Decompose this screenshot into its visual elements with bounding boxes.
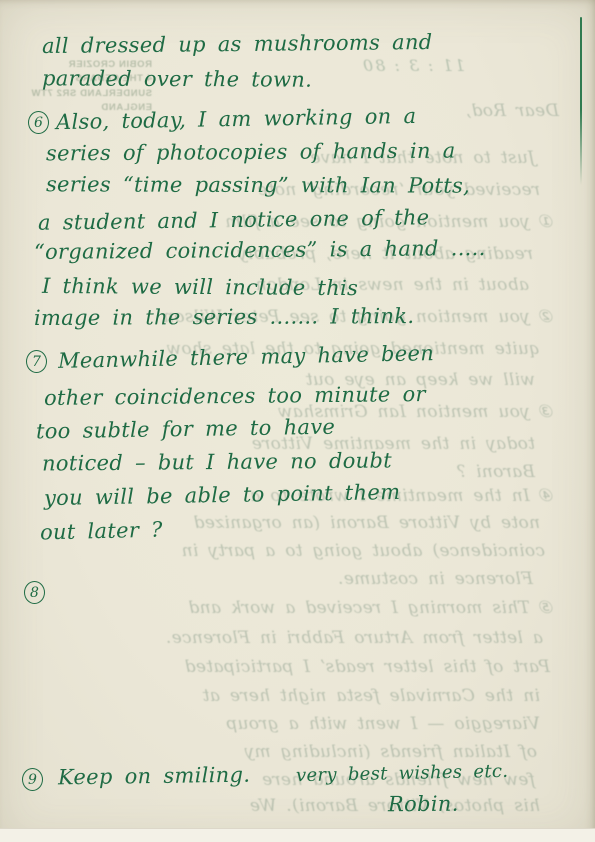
letter-line: series of photocopies of hands in a xyxy=(46,139,456,166)
letter-line: “organized coincidences” is a hand ..... xyxy=(34,236,486,264)
letter-line: Keep on smiling. xyxy=(58,763,251,790)
bleedthrough-line: in the Carnivale festa night here at xyxy=(202,686,540,706)
letter-line: I think we will include this xyxy=(42,274,358,300)
letter-line: other coincidences too minute or xyxy=(44,382,426,410)
letter-line: Meanwhile there may have been xyxy=(58,341,434,373)
bleedthrough-line: Viareggio — I went with a group xyxy=(226,714,540,734)
bleedthrough-line: note by Vittore Baroni (an organized xyxy=(193,513,540,533)
bleedthrough-line: Part of this letter reads’ I participate… xyxy=(184,657,550,677)
bleedthrough-line: ⑤ This morning I received a work and xyxy=(188,598,555,618)
letter-line: too subtle for me to have xyxy=(36,415,335,444)
letter-line: noticed – but I have no doubt xyxy=(42,448,392,475)
bleedthrough-line: of Italian friends (including my xyxy=(244,742,537,762)
bleedthrough-line: Baroni ? xyxy=(457,462,535,482)
letter-line: paraded over the town. xyxy=(42,66,312,91)
letter-line: all dressed up as mushrooms and xyxy=(42,30,433,58)
letter-line: a student and I notice one of the xyxy=(38,205,430,234)
scan-edge-strip xyxy=(0,828,595,842)
letter-line: very best wishes etc. xyxy=(296,761,509,786)
bleedthrough-line: Florence in costume. xyxy=(338,569,533,589)
item-number-9: 9 xyxy=(22,768,43,791)
letter-line: Also, today, I am working on a xyxy=(56,104,417,134)
item-number-8: 8 xyxy=(24,581,45,604)
signature: Robin. xyxy=(388,792,459,817)
bleedthrough-line: coincidence) about going to a party in xyxy=(181,541,545,561)
letter-line: you will be able to point them xyxy=(44,480,401,510)
letter-line: series “time passing” with Ian Potts, xyxy=(46,172,470,197)
letter-line: out later ? xyxy=(40,518,163,545)
ink-edge-line xyxy=(580,17,582,185)
bleedthrough-date: 11 : 3 : 80 xyxy=(361,56,465,75)
item-number-6: 6 xyxy=(28,111,49,134)
item-number-7: 7 xyxy=(26,350,47,373)
letter-line: image in the series ....... I think. xyxy=(34,304,414,330)
bleedthrough-line: a letter from Arturo Fabbri in Florence. xyxy=(166,628,543,648)
letter-page: ROBIN CROZIER 4 THE CEDARS SUNDERLAND SR… xyxy=(0,0,595,842)
bleedthrough-line: Dear Rod, xyxy=(466,101,559,121)
